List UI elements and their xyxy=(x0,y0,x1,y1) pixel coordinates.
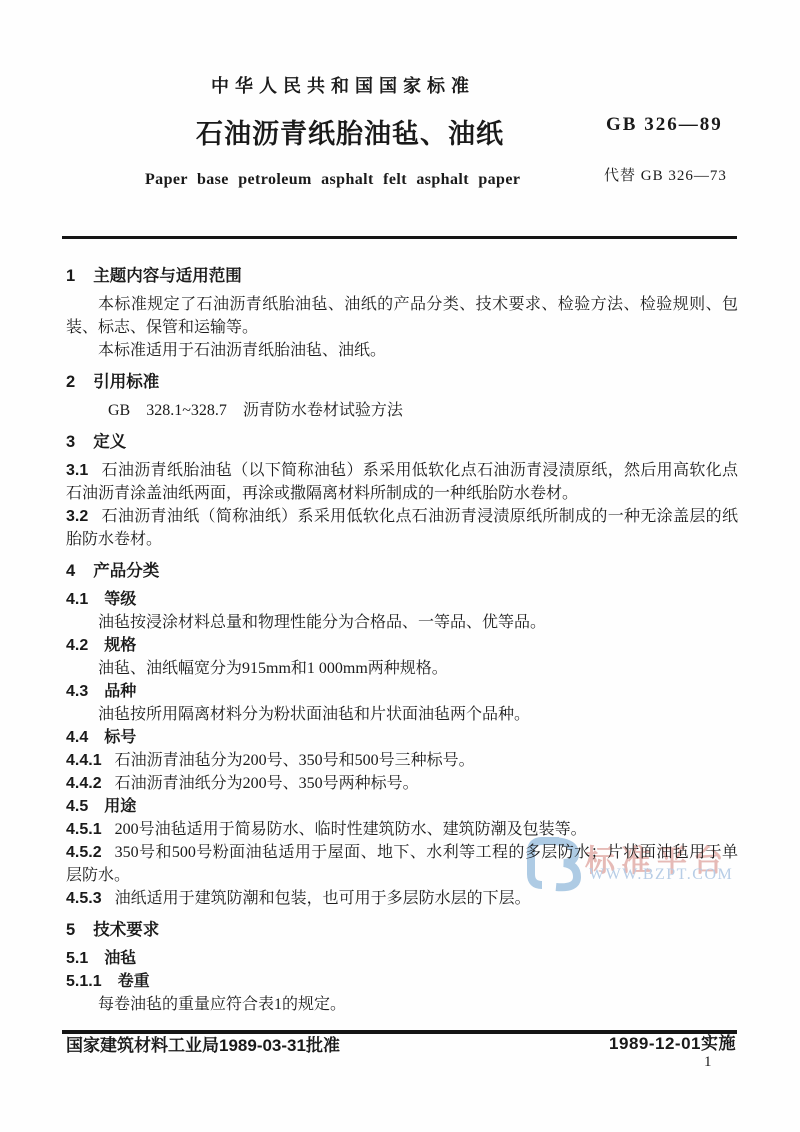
clause-number: 3.1 xyxy=(66,462,88,479)
sub-4.3: 4.3品种 xyxy=(66,680,738,703)
standard-number: GB 326—89 xyxy=(606,114,723,136)
clause-text: 卷重 xyxy=(118,973,150,990)
paragraph: GB 328.1~328.7 沥青防水卷材试验方法 xyxy=(66,399,738,422)
paragraph: 本标准规定了石油沥青纸胎油毡、油纸的产品分类、技术要求、检验方法、检验规则、包装… xyxy=(66,293,738,339)
clause-number: 4.2 xyxy=(66,637,88,654)
sub-4.5: 4.5用途 xyxy=(66,795,738,818)
document-body: 1主题内容与适用范围本标准规定了石油沥青纸胎油毡、油纸的产品分类、技术要求、检验… xyxy=(66,256,738,1016)
clause-number: 4.3 xyxy=(66,683,88,700)
paragraph: 本标准适用于石油沥青纸胎油毡、油纸。 xyxy=(66,339,738,362)
clause-number: 4.5 xyxy=(66,798,88,815)
document-title-english: Paper base petroleum asphalt felt asphal… xyxy=(145,171,520,189)
paragraph: 每卷油毡的重量应符合表1的规定。 xyxy=(66,993,738,1016)
section-5: 5技术要求 xyxy=(66,919,738,942)
sub-4.1: 4.1等级 xyxy=(66,588,738,611)
document-title: 石油沥青纸胎油毡、油纸 xyxy=(196,112,504,151)
clause-number: 4.5.1 xyxy=(66,821,102,838)
document-page: 标准平台 WWW.BZPT.COM 中华人民共和国国家标准 石油沥青纸胎油毡、油… xyxy=(0,0,800,1132)
clause-number: 3 xyxy=(66,433,75,451)
clause-text: 200号油毡适用于简易防水、临时性建筑防水、建筑防潮及包装等。 xyxy=(115,821,587,838)
clause-number: 4.1 xyxy=(66,591,88,608)
clause-text: 油毡、油纸幅宽分为915mm和1 000mm两种规格。 xyxy=(98,660,448,677)
clause-text: 产品分类 xyxy=(93,562,159,580)
clause-number: 4.4.1 xyxy=(66,752,102,769)
header-rule xyxy=(62,236,737,239)
paragraph: 油毡按浸涂材料总量和物理性能分为合格品、一等品、优等品。 xyxy=(66,611,738,634)
clause-number: 4.4.2 xyxy=(66,775,102,792)
clause-number: 3.2 xyxy=(66,508,88,525)
clause-text: 本标准规定了石油沥青纸胎油毡、油纸的产品分类、技术要求、检验方法、检验规则、包装… xyxy=(66,296,738,336)
clause-text: 用途 xyxy=(104,798,136,815)
national-standard-label: 中华人民共和国国家标准 xyxy=(211,72,475,98)
clause-text: 油纸适用于建筑防潮和包装，也可用于多层防水层的下层。 xyxy=(115,890,531,907)
clause-text: 引用标准 xyxy=(93,373,159,391)
clause-number: 4.4 xyxy=(66,729,88,746)
clause-text: 油毡按所用隔离材料分为粉状面油毡和片状面油毡两个品种。 xyxy=(98,706,530,723)
clause-number: 4 xyxy=(66,562,75,580)
clause-text: 主题内容与适用范围 xyxy=(93,267,242,285)
clause-4.4.1: 4.4.1石油沥青油毡分为200号、350号和500号三种标号。 xyxy=(66,749,738,772)
implementation-date: 1989-12-01实施 xyxy=(609,1029,736,1054)
clause-4.5.2: 4.5.2350号和500号粉面油毡适用于屋面、地下、水利等工程的多层防水；片状… xyxy=(66,841,738,887)
clause-number: 4.5.2 xyxy=(66,844,102,861)
clause-text: 等级 xyxy=(104,591,136,608)
clause-text: 油毡 xyxy=(104,950,136,967)
clause-number: 5.1.1 xyxy=(66,973,102,990)
replaces-standard: 代替 GB 326—73 xyxy=(604,164,727,185)
paragraph: 油毡按所用隔离材料分为粉状面油毡和片状面油毡两个品种。 xyxy=(66,703,738,726)
clause-text: 石油沥青油纸分为200号、350号两种标号。 xyxy=(115,775,419,792)
clause-number: 1 xyxy=(66,267,75,285)
clause-4.5.3: 4.5.3油纸适用于建筑防潮和包装，也可用于多层防水层的下层。 xyxy=(66,887,738,910)
clause-text: 350号和500号粉面油毡适用于屋面、地下、水利等工程的多层防水；片状面油毡用于… xyxy=(66,844,738,884)
clause-text: 石油沥青油毡分为200号、350号和500号三种标号。 xyxy=(115,752,475,769)
clause-text: 本标准适用于石油沥青纸胎油毡、油纸。 xyxy=(98,342,386,359)
section-1: 1主题内容与适用范围 xyxy=(66,265,738,288)
clause-text: GB 328.1~328.7 沥青防水卷材试验方法 xyxy=(108,402,403,419)
page-number: 1 xyxy=(704,1054,712,1071)
section-3: 3定义 xyxy=(66,431,738,454)
clause-number: 5.1 xyxy=(66,950,88,967)
section-2: 2引用标准 xyxy=(66,371,738,394)
section-4: 4产品分类 xyxy=(66,560,738,583)
clause-text: 石油沥青纸胎油毡（以下简称油毡）系采用低软化点石油沥青浸渍原纸，然后用高软化点石… xyxy=(66,462,738,502)
clause-4.4.2: 4.4.2石油沥青油纸分为200号、350号两种标号。 xyxy=(66,772,738,795)
sub-5.1.1: 5.1.1卷重 xyxy=(66,970,738,993)
clause-number: 4.5.3 xyxy=(66,890,102,907)
clause-text: 技术要求 xyxy=(93,921,159,939)
clause-number: 2 xyxy=(66,373,75,391)
clause-number: 5 xyxy=(66,921,75,939)
sub-4.4: 4.4标号 xyxy=(66,726,738,749)
paragraph: 油毡、油纸幅宽分为915mm和1 000mm两种规格。 xyxy=(66,657,738,680)
clause-text: 品种 xyxy=(104,683,136,700)
clause-3.2: 3.2石油沥青油纸（简称油纸）系采用低软化点石油沥青浸渍原纸所制成的一种无涂盖层… xyxy=(66,505,738,551)
sub-5.1: 5.1油毡 xyxy=(66,947,738,970)
clause-4.5.1: 4.5.1200号油毡适用于简易防水、临时性建筑防水、建筑防潮及包装等。 xyxy=(66,818,738,841)
sub-4.2: 4.2规格 xyxy=(66,634,738,657)
clause-text: 规格 xyxy=(104,637,136,654)
clause-text: 每卷油毡的重量应符合表1的规定。 xyxy=(98,996,346,1013)
clause-text: 标号 xyxy=(104,729,136,746)
clause-text: 定义 xyxy=(93,433,126,451)
approval-statement: 国家建筑材料工业局1989-03-31批准 xyxy=(66,1031,340,1056)
clause-text: 油毡按浸涂材料总量和物理性能分为合格品、一等品、优等品。 xyxy=(98,614,546,631)
clause-3.1: 3.1石油沥青纸胎油毡（以下简称油毡）系采用低软化点石油沥青浸渍原纸，然后用高软… xyxy=(66,459,738,505)
clause-text: 石油沥青油纸（简称油纸）系采用低软化点石油沥青浸渍原纸所制成的一种无涂盖层的纸胎… xyxy=(66,508,738,548)
